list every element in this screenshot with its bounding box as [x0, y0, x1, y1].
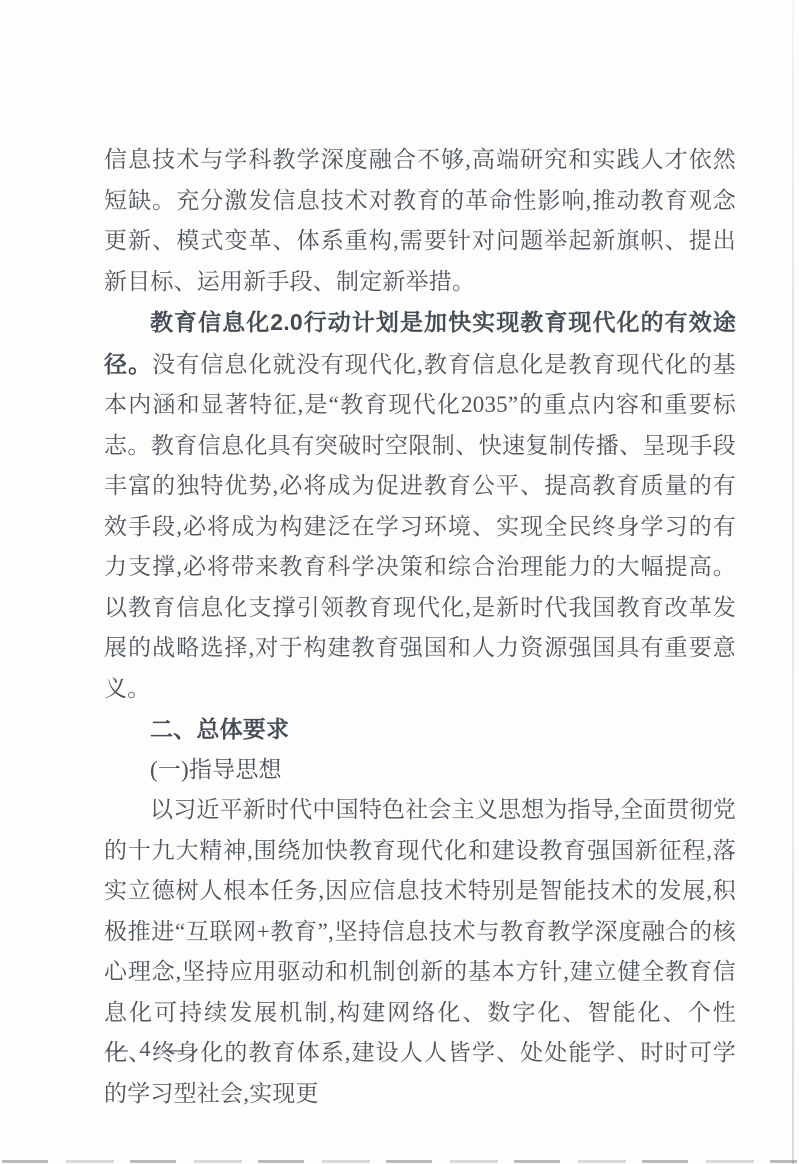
body-paragraph: 信息技术与学科教学深度融合不够,高端研究和实践人才依然短缺。充分激发信息技术对教… — [104, 140, 736, 302]
page-number: — 4 — — [106, 1036, 187, 1062]
section-heading: 二、总体要求 — [104, 709, 736, 750]
text-segment: 以习近平新时代中国特色社会主义思想为指导,全面贯彻党的十九大精神,围绕加快教育现… — [104, 797, 736, 1106]
document-body: 信息技术与学科教学深度融合不够,高端研究和实践人才依然短缺。充分激发信息技术对教… — [104, 140, 736, 1114]
body-paragraph: 以习近平新时代中国特色社会主义思想为指导,全面贯彻党的十九大精神,围绕加快教育现… — [104, 790, 736, 1114]
text-segment: 没有信息化就没有现代化,教育信息化是教育现代化的基本内涵和显著特征,是“教育现代… — [104, 352, 736, 701]
text-segment: 信息技术与学科教学深度融合不够,高端研究和实践人才依然短缺。充分激发信息技术对教… — [104, 147, 736, 294]
scanned-document-page: 信息技术与学科教学深度融合不够,高端研究和实践人才依然短缺。充分激发信息技术对教… — [0, 0, 799, 1164]
body-paragraph: 教育信息化2.0行动计划是加快实现教育现代化的有效途径。没有信息化就没有现代化,… — [104, 302, 736, 709]
scan-edge-bottom-artifact — [2, 1160, 797, 1163]
subsection-heading: (一)指导思想 — [104, 750, 736, 791]
bold-text-segment: 二、总体要求 — [150, 716, 289, 742]
text-segment: (一)指导思想 — [150, 757, 282, 782]
scan-edge-right-artifact — [792, 0, 794, 1164]
